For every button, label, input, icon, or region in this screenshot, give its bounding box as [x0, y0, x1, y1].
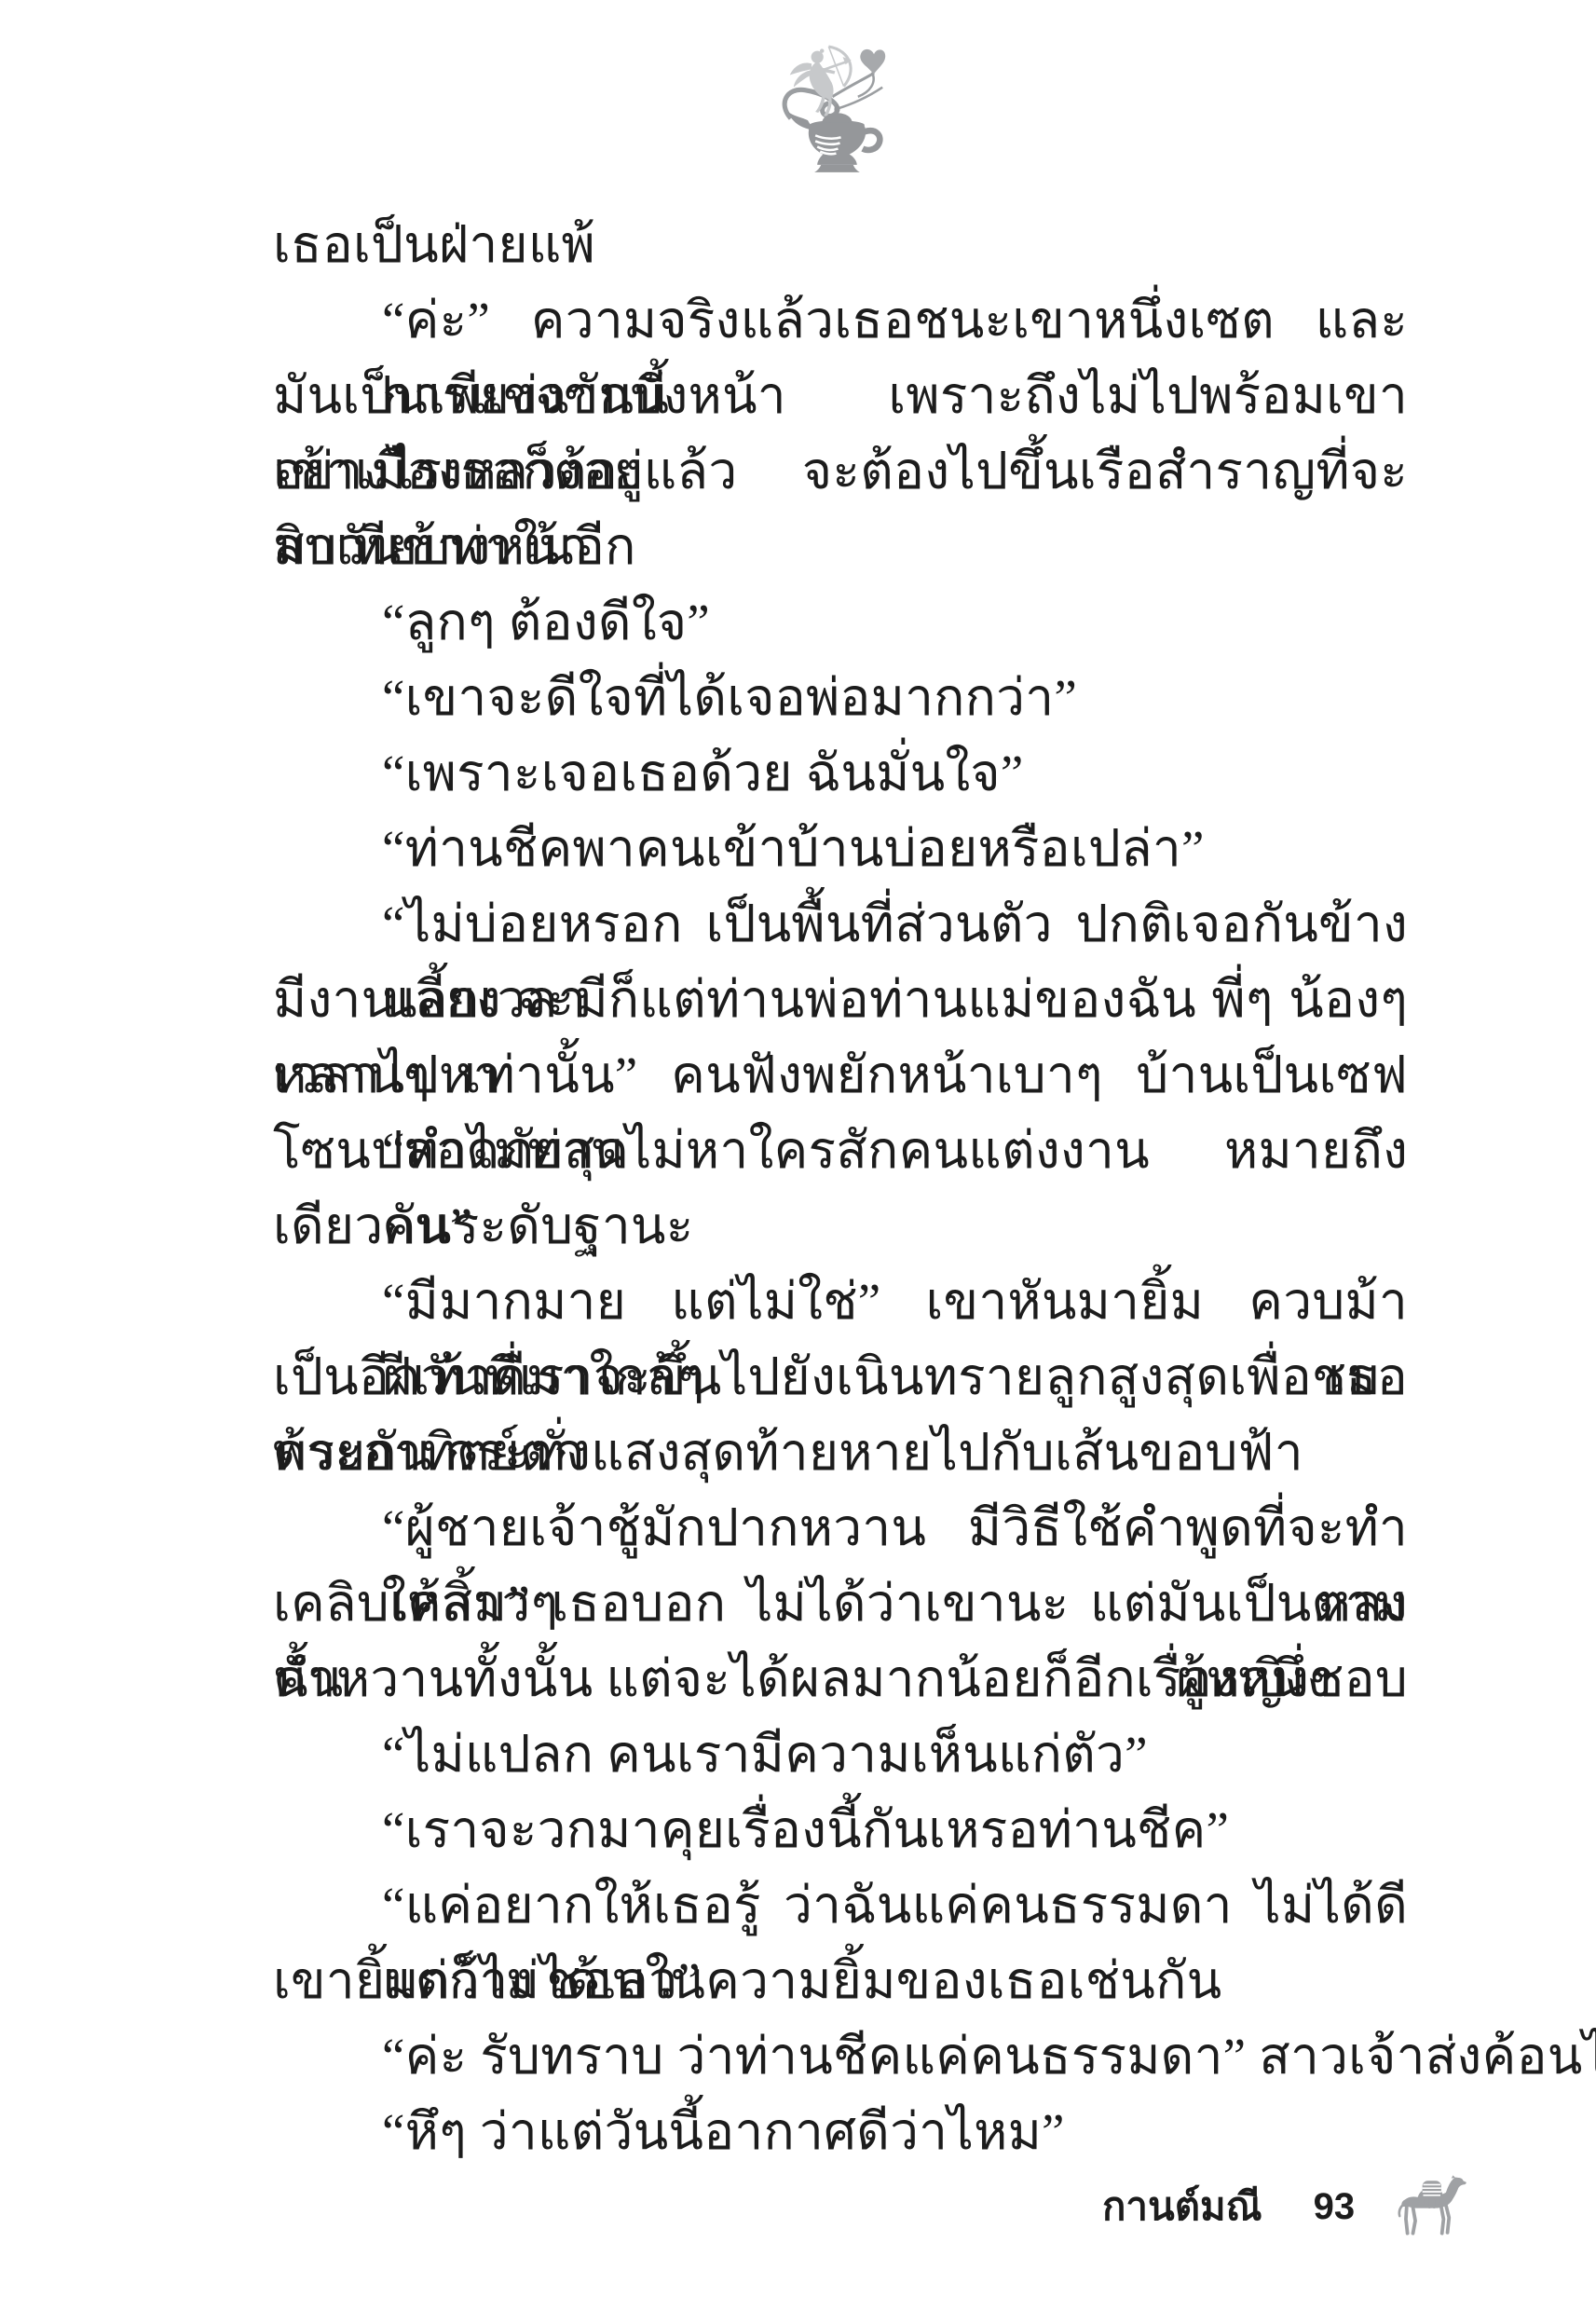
genie-lamp-icon — [788, 103, 880, 172]
text-line: “เราจะวกมาคุยเรื่องนี้กันเหรอท่านชีค” — [273, 1792, 1408, 1867]
text-line: เข้าเมืองหลวงอยู่แล้ว จะต้องไปขึ้นเรือสำ… — [273, 433, 1408, 509]
text-line: “เขาจะดีใจที่ได้เจอพ่อมากกว่า” — [273, 660, 1408, 735]
page-footer: กานต์มณี 93 — [1102, 2173, 1470, 2240]
text-line: “ท่านชีคพาคนเข้าบ้านบ่อยหรือเปล่า” — [273, 811, 1408, 886]
text-line: “ผู้ชายเจ้าชู้มักปากหวาน มีวิธีใช้คำพูดท… — [273, 1490, 1408, 1566]
text-line: “มีมากมาย แต่ไม่ใช่” เขาหันมายิ้ม ควบม้า… — [273, 1264, 1408, 1339]
text-line: “ทำไมท่านไม่หาใครสักคนแต่งงาน หมายถึงคนร… — [273, 1113, 1408, 1188]
genie-lamp-cupid-ornament — [779, 45, 898, 177]
text-line: “แค่อยากให้เธอรู้ ว่าฉันแค่คนธรรมดา ไม่ไ… — [273, 1867, 1408, 1943]
text-line: มีงานเลี้ยง จะมีก็แต่ท่านพ่อท่านแม่ของฉั… — [273, 962, 1408, 1037]
text-line: “ลูกๆ ต้องดีใจ” — [273, 584, 1408, 660]
author-name: กานต์มณี — [1102, 2176, 1262, 2237]
text-line: คำหวานทั้งนั้น แต่จะได้ผลมากน้อยก็อีกเรื… — [273, 1641, 1408, 1716]
text-line: เดียวกัน” — [273, 1188, 1408, 1264]
text-line: “ไม่แปลก คนเรามีความเห็นแก่ตัว” — [273, 1716, 1408, 1792]
camel-icon — [1396, 2175, 1470, 2238]
text-line: สิบวันข้างหน้า — [273, 509, 1408, 584]
text-line: หลานๆ เท่านั้น” คนฟังพยักหน้าเบาๆ บ้านเป… — [273, 1037, 1408, 1113]
text-line: เธอเป็นฝ่ายแพ้ — [273, 207, 1408, 282]
book-page: { "header_ornament": { "icon": "genie-la… — [0, 0, 1596, 2311]
text-line: “เพราะเจอเธอด้วย ฉันมั่นใจ” — [273, 735, 1408, 811]
text-line: เขายิ้มกว้าง ชอบในความยิ้มของเธอเช่นกัน — [273, 1943, 1408, 2018]
text-line: เป็นอีกวันที่เราจะขึ้นไปยังเนินทรายลูกสู… — [273, 1339, 1408, 1415]
page-text-block: เธอเป็นฝ่ายแพ้“ค่ะ” ความจริงแล้วเธอชนะเข… — [273, 207, 1408, 2169]
text-line: “ค่ะ” ความจริงแล้วเธอชนะเขาหนึ่งเซต และก… — [273, 282, 1408, 358]
text-line: “ไม่บ่อยหรอก เป็นพื้นที่ส่วนตัว ปกติเจอก… — [273, 886, 1408, 962]
text-line: ด้วยกัน กระทั่งแสงสุดท้ายหายไปกับเส้นขอบ… — [273, 1415, 1408, 1490]
text-line: มันเป็นเพียงฉากบังหน้า เพราะถึงไม่ไปพร้อ… — [273, 358, 1408, 433]
text-line: “หึๆ ว่าแต่วันนี้อากาศดีว่าไหม” — [273, 2094, 1408, 2169]
text-line: เคลิบเคลิ้ม” เธอบอก ไม่ได้ว่าเขานะ แต่มั… — [273, 1566, 1408, 1641]
page-number: 93 — [1314, 2186, 1356, 2228]
heart-icon — [860, 49, 885, 75]
text-line: “ค่ะ รับทราบ ว่าท่านชีคแค่คนธรรมดา” สาวเ… — [273, 2018, 1408, 2094]
